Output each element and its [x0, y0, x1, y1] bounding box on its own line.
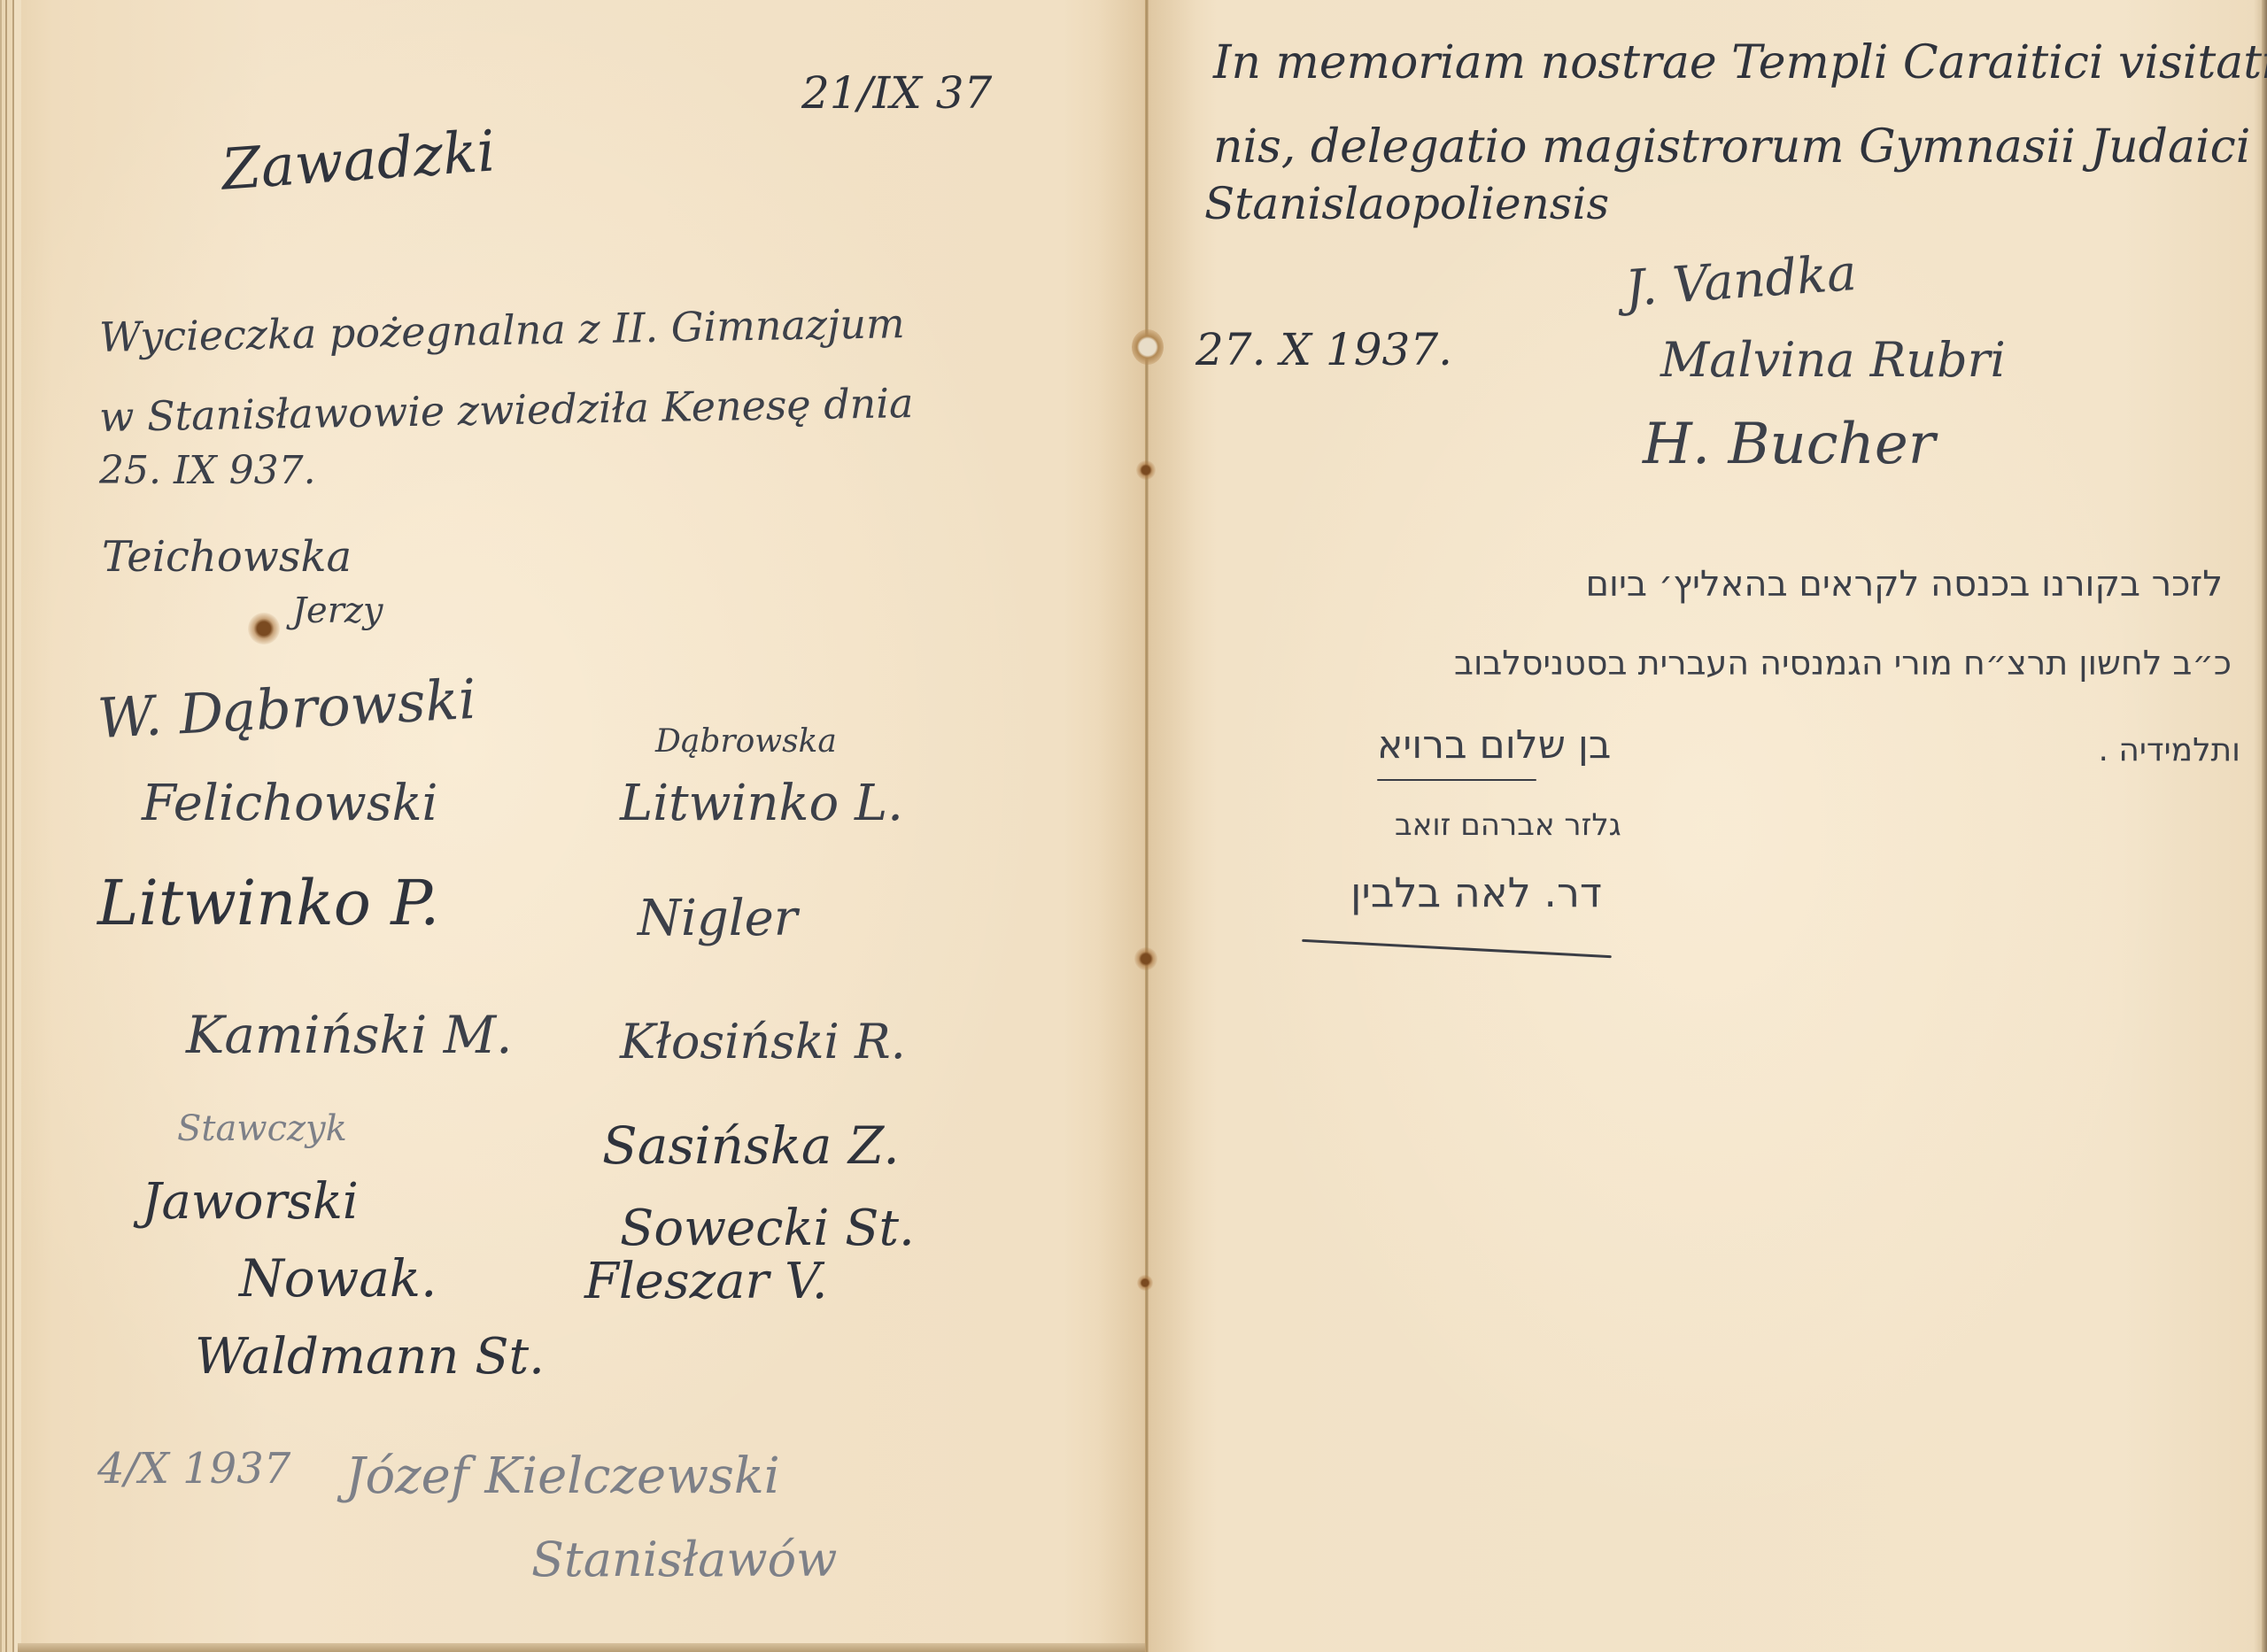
entry-date: 27. X 1937. [1195, 328, 1452, 372]
book-gutter [1145, 0, 1149, 1652]
signature: Sasińska Z. [602, 1120, 900, 1171]
entry-text-line: nis, delegatio magistrorum Gymnasii Juda… [1213, 124, 2250, 170]
signature-underline [1377, 779, 1536, 781]
entry-text-line: w Stanisławowie zwiedziła Kenesę dnia [99, 382, 914, 437]
entry-text-line: In memoriam nostrae Templi Caraitici vis… [1213, 40, 2267, 86]
signature: Felichowski [142, 779, 437, 829]
signature-underline [1302, 939, 1612, 958]
signature: Sowecki St. [620, 1204, 915, 1254]
signature: Teichowska [102, 536, 352, 578]
entry-text-line: Stanislaopoliensis [1204, 181, 1609, 226]
signature: Fleszar V. [584, 1257, 828, 1307]
signature: Malvina Rubri [1660, 336, 2006, 384]
binding-stitch-stain [1136, 460, 1156, 480]
signature: H. Bucher [1643, 416, 1935, 473]
entry-date: 4/X 1937 [97, 1447, 290, 1490]
left-page: Zawadzki 21/IX 37 Wycieczka pożegnalna z… [0, 0, 1147, 1652]
signature-hebrew: בן שלום ברויא [1377, 726, 1611, 765]
signature: Stawczyk [177, 1111, 347, 1146]
ink-stain [248, 613, 280, 645]
signature: Dąbrowska [655, 726, 837, 758]
signature: Nigler [638, 894, 798, 944]
signature: Litwinko L. [620, 779, 903, 829]
signature: Nowak. [239, 1253, 437, 1304]
signature: Litwinko P. [97, 872, 439, 934]
signature: Józef Kielczewski [345, 1452, 780, 1501]
signature: Jerzy [292, 593, 383, 629]
page-stack-edge [0, 0, 21, 1652]
binding-stitch-stain [1137, 1275, 1153, 1291]
entry-text-line: 25. IX 937. [99, 452, 316, 490]
right-page: In memoriam nostrae Templi Caraitici vis… [1147, 0, 2267, 1652]
signature-hebrew: גלזר אברהם זואב [1395, 810, 1621, 840]
signature-hebrew: דר. לאה בלבין [1350, 872, 1602, 913]
signature: Kłosiński R. [620, 1018, 906, 1066]
binding-stitch-stain [1134, 947, 1157, 970]
page-bottom-edge [18, 1643, 1147, 1652]
entry-text-line-hebrew: לזכר בקורנו בכנסה לקראים בהאליץ׳ ביום [1586, 567, 2223, 602]
entry-date: 21/IX 37 [801, 71, 992, 115]
binding-stitch-hole [1132, 329, 1164, 365]
signature: Jaworski [142, 1177, 359, 1227]
entry-text-line-hebrew: ותלמידיה . [2098, 735, 2240, 767]
signature: W. Dąbrowski [97, 672, 478, 746]
page-right-edge [2262, 0, 2267, 1652]
signature-zawadzki: Zawadzki [220, 123, 497, 198]
entry-text-line-hebrew: כ״ב לחשון תרצ״ח מורי הגמנסיה העברית בסטנ… [1454, 646, 2232, 680]
signature-place: Stanisławów [531, 1536, 837, 1584]
book-spread: Zawadzki 21/IX 37 Wycieczka pożegnalna z… [0, 0, 2267, 1652]
signature: J. Vandka [1623, 249, 1858, 314]
entry-text-line: Wycieczka pożegnalna z II. Gimnazjum [99, 303, 905, 358]
signature: Kamiński M. [186, 1009, 513, 1061]
signature: Waldmann St. [195, 1332, 545, 1382]
